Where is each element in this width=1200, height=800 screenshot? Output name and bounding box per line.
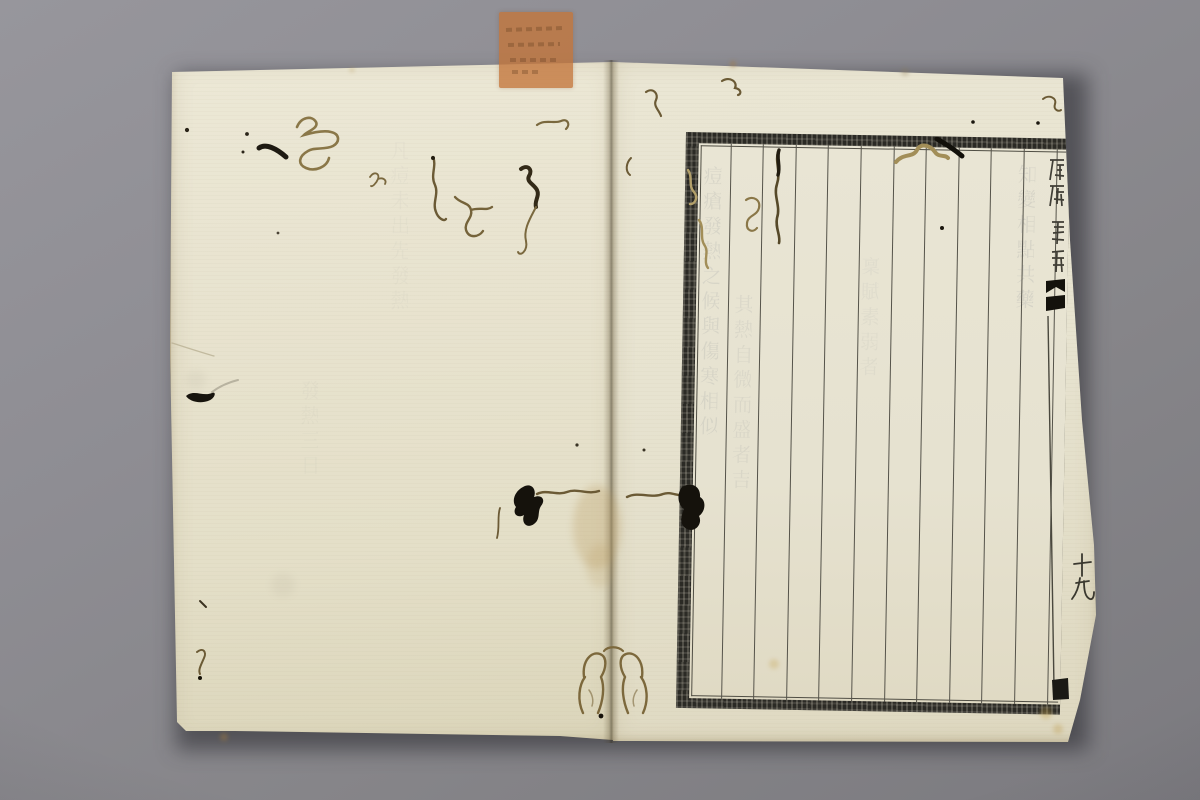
right-page-ruled: 知變相點共藥 痘瘡發熱之候與傷寒相似 其熱自微而盛者吉 稟賦素弱者 — [612, 60, 1098, 744]
printed-border-frame: 知變相點共藥 痘瘡發熱之候與傷寒相似 其熱自微而盛者吉 稟賦素弱者 — [676, 132, 1070, 715]
ghost-show-through-text: 其熱自微而盛者吉 — [726, 294, 752, 664]
column-grid-area: 知變相點共藥 痘瘡發熱之候與傷寒相似 其熱自微而盛者吉 稟賦素弱者 — [689, 143, 1070, 704]
column-rules — [689, 143, 1070, 704]
ghost-show-through-text: 凡痘未出先發熱 — [388, 140, 408, 560]
ghost-show-through-text: 發熱三日 — [298, 380, 318, 660]
orange-shelf-label — [499, 12, 573, 88]
ghost-show-through-text: 知變相點共藥 — [1007, 164, 1036, 669]
left-page-blank: 凡痘未出先發熱 發熱三日 — [170, 60, 614, 744]
photograph-of-open-book: 凡痘未出先發熱 發熱三日 知變相點共藥 痘瘡發熱之候與傷寒相似 其熱自微而盛者吉… — [0, 0, 1200, 800]
center-fold-gutter — [603, 60, 619, 743]
paper-texture — [170, 60, 614, 744]
ghost-show-through-text: 稟賦素弱者 — [854, 256, 879, 546]
banxin-column — [1048, 149, 1070, 704]
paper-texture — [612, 60, 1098, 744]
ghost-show-through-text: 痘瘡發熱之候與傷寒相似 — [693, 165, 722, 655]
